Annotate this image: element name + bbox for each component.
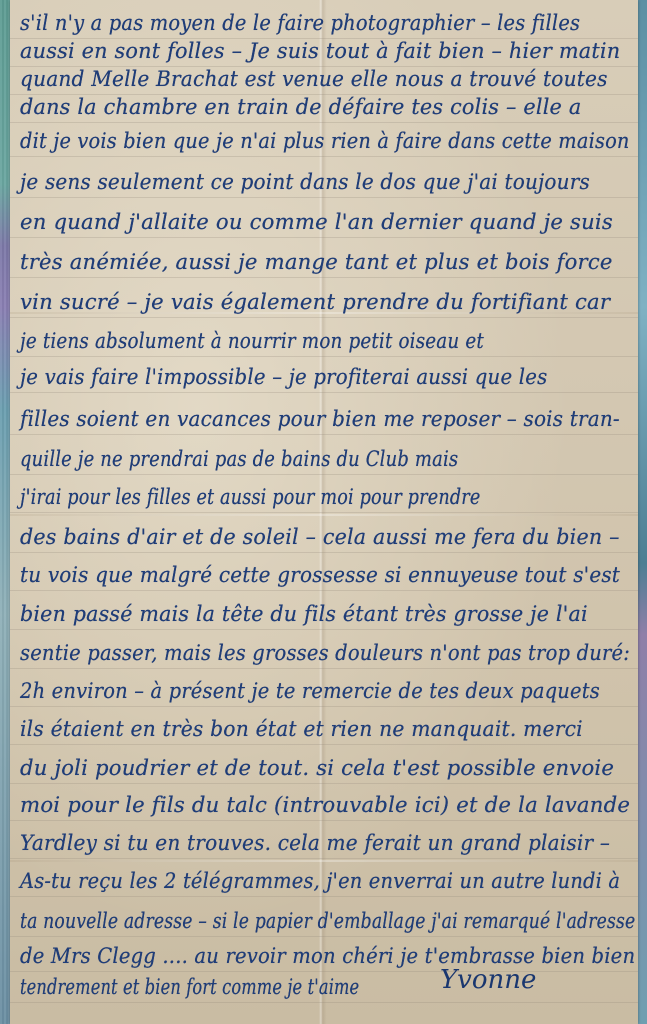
letter-line: moi pour le fils du talc (introuvable ic… <box>20 786 622 826</box>
letter-line: bien passé mais la tête du fils étant tr… <box>20 595 605 635</box>
letter-line: ta nouvelle adresse – si le papier d'emb… <box>20 902 509 942</box>
letter-line: quille je ne prendrai pas de bains du Cl… <box>20 440 530 480</box>
signature: Yvonne <box>440 965 536 995</box>
letter-line: dit je vois bien que je n'ai plus rien à… <box>20 122 570 162</box>
letter-line: je vais faire l'impossible – je profiter… <box>20 358 580 398</box>
letter-line: ils étaient en très bon état et rien ne … <box>20 710 595 750</box>
letter-line: très anémiée, aussi je mange tant et plu… <box>20 243 620 283</box>
letter-line: tendrement et bien fort comme je t'aime <box>20 968 480 1008</box>
letter-line: sentie passer, mais les grosses douleurs… <box>20 634 574 674</box>
letter-line: Yardley si tu en trouves. cela me ferait… <box>20 824 590 864</box>
letter-line: des bains d'air et de soleil – cela auss… <box>20 518 606 558</box>
letter-line: As-tu reçu les 2 télégrammes, j'en enver… <box>20 862 571 902</box>
letter-line: en quand j'allaite ou comme l'an dernier… <box>20 203 620 243</box>
letter-line: tu vois que malgré cette grossesse si en… <box>20 556 587 596</box>
letter-line: vin sucré – je vais également prendre du… <box>20 283 620 323</box>
letter-line: je tiens absolument à nourrir mon petit … <box>20 322 540 362</box>
letter-line: je sens seulement ce point dans le dos q… <box>20 163 587 203</box>
letter-line: filles soient en vacances pour bien me r… <box>20 400 587 440</box>
letter-line: 2h environ – à présent je te remercie de… <box>20 672 573 712</box>
letter-line: du joli poudrier et de tout. si cela t'e… <box>20 749 620 789</box>
letter-line: j'irai pour les filles et aussi pour moi… <box>20 478 520 518</box>
